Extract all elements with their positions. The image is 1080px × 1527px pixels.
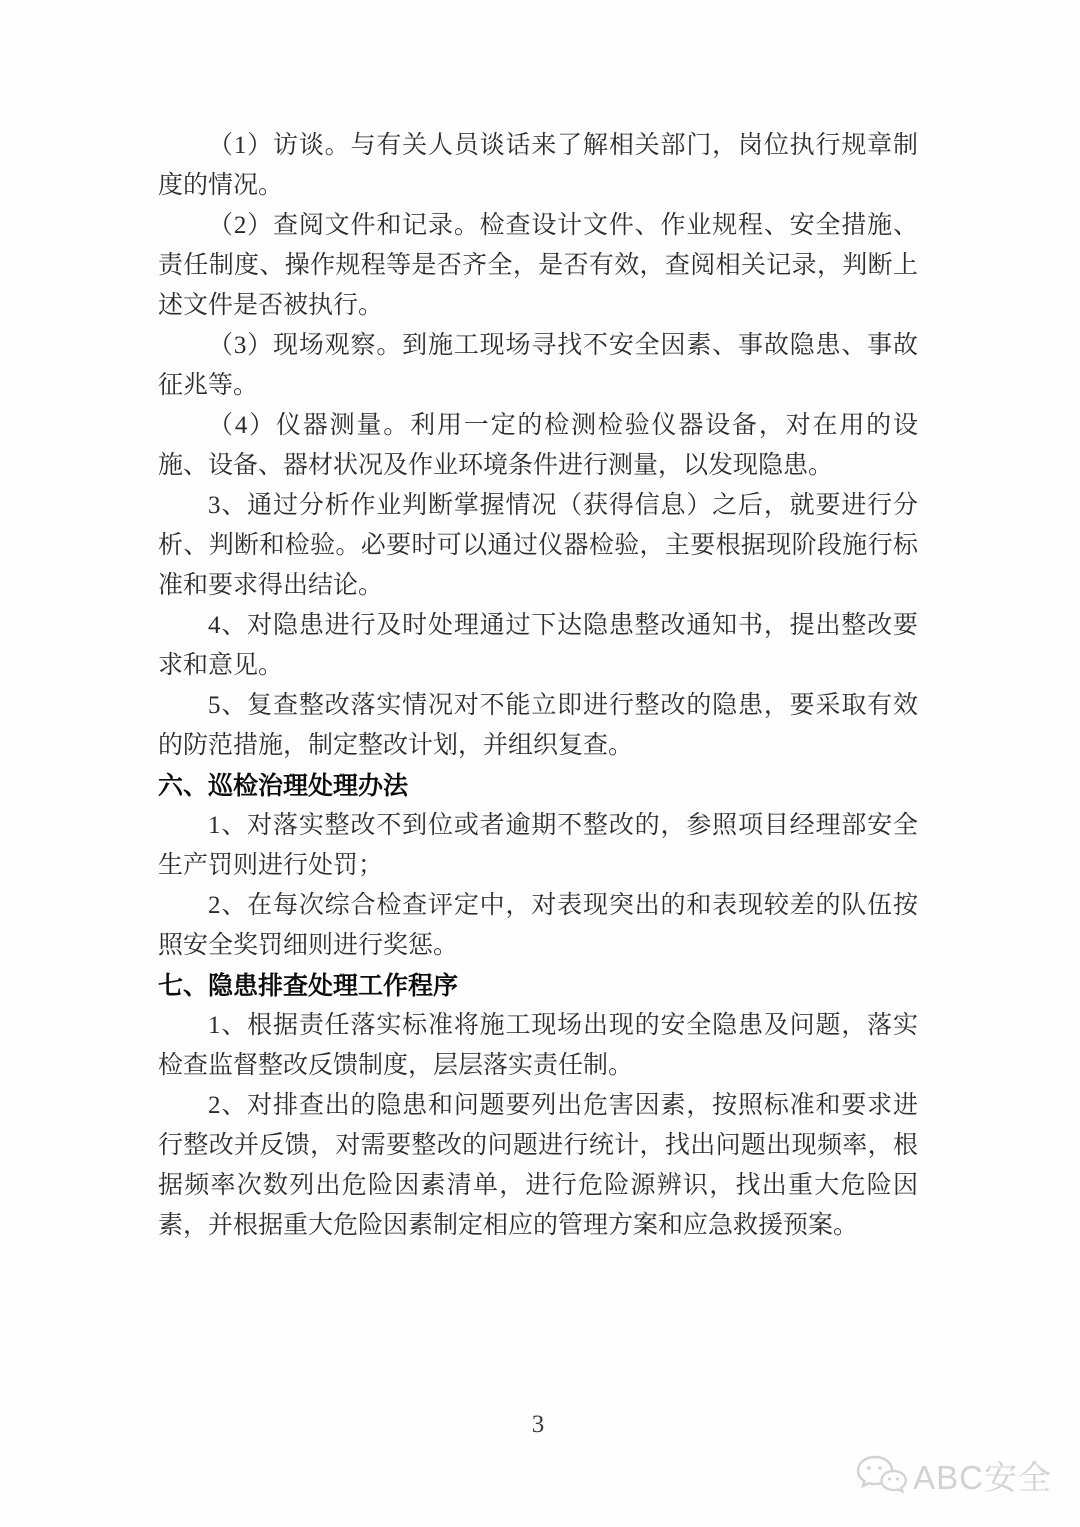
paragraph: （2）查阅文件和记录。检查设计文件、作业规程、安全措施、责任制度、操作规程等是否… bbox=[158, 206, 918, 326]
paragraph: 2、对排查出的隐患和问题要列出危害因素，按照标准和要求进行整改并反馈，对需要整改… bbox=[158, 1086, 918, 1246]
paragraph: 2、在每次综合检查评定中，对表现突出的和表现较差的队伍按照安全奖罚细则进行奖惩。 bbox=[158, 886, 918, 966]
section-heading: 七、隐患排查处理工作程序 bbox=[158, 966, 918, 1006]
paragraph: 1、根据责任落实标准将施工现场出现的安全隐患及问题，落实检查监督整改反馈制度，层… bbox=[158, 1006, 918, 1086]
section-heading: 六、巡检治理处理办法 bbox=[158, 766, 918, 806]
paragraph: 4、对隐患进行及时处理通过下达隐患整改通知书，提出整改要求和意见。 bbox=[158, 606, 918, 686]
paragraph: （3）现场观察。到施工现场寻找不安全因素、事故隐患、事故征兆等。 bbox=[158, 326, 918, 406]
document-page: （1）访谈。与有关人员谈话来了解相关部门，岗位执行规章制度的情况。（2）查阅文件… bbox=[0, 0, 1080, 1527]
wechat-icon bbox=[855, 1454, 907, 1498]
paragraph: （4）仪器测量。利用一定的检测检验仪器设备，对在用的设施、设备、器材状况及作业环… bbox=[158, 406, 918, 486]
paragraph: （1）访谈。与有关人员谈话来了解相关部门，岗位执行规章制度的情况。 bbox=[158, 126, 918, 206]
document-body: （1）访谈。与有关人员谈话来了解相关部门，岗位执行规章制度的情况。（2）查阅文件… bbox=[158, 126, 918, 1246]
paragraph: 3、通过分析作业判断掌握情况（获得信息）之后，就要进行分析、判断和检验。必要时可… bbox=[158, 486, 918, 606]
watermark: ABC安全 bbox=[855, 1452, 1052, 1499]
paragraph: 1、对落实整改不到位或者逾期不整改的，参照项目经理部安全生产罚则进行处罚； bbox=[158, 806, 918, 886]
page-number: 3 bbox=[0, 1405, 1076, 1445]
paragraph: 5、复查整改落实情况对不能立即进行整改的隐患，要采取有效的防范措施，制定整改计划… bbox=[158, 686, 918, 766]
watermark-text: ABC安全 bbox=[913, 1452, 1052, 1499]
